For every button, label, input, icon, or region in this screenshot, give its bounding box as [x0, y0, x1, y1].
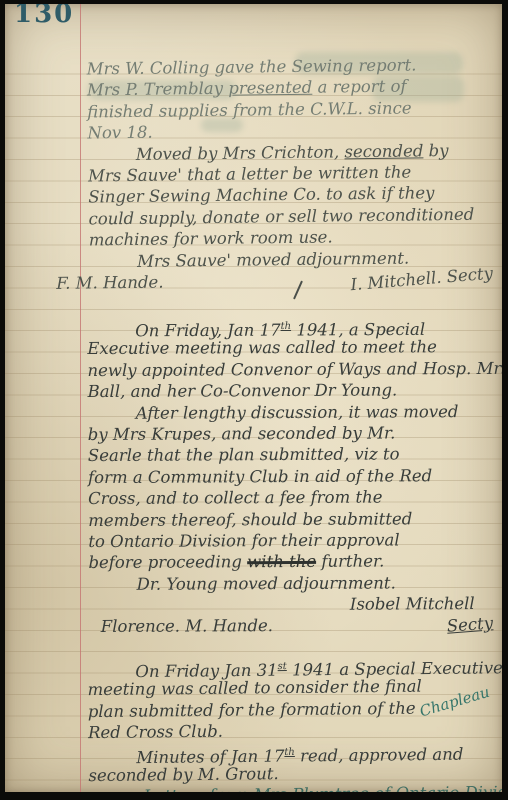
text-segment: Executive meeting was called to meet the: [87, 338, 437, 359]
signature-right: Secty: [446, 613, 494, 638]
paragraph-jan-31-meeting: On Friday Jan 31st 1941 a Special Execut…: [87, 654, 493, 792]
handwritten-text: Mrs W. Colling gave the Sewing report.Mr…: [88, 4, 492, 792]
text-segment: Dr. Young moved adjournment.: [137, 573, 396, 593]
text-segment: Ball, and her Co-Convenor Dr Young.: [88, 381, 398, 402]
text-segment: After lengthy discussion, it was moved: [136, 402, 459, 423]
text-segment: members thereof, should be submitted: [88, 509, 412, 530]
signature-row: Florence. M. Hande.Secty: [89, 614, 493, 638]
manuscript-line: before proceeding with the further.: [88, 550, 492, 574]
text-segment: Searle that the plan submitted, viz to: [88, 445, 400, 466]
manuscript-line: On Friday Jan 31st 1941 a Special Execut…: [87, 654, 491, 680]
text-segment: Mrs Sauve' moved adjournment.: [137, 248, 409, 270]
text-segment: th: [284, 747, 295, 758]
text-segment: th: [281, 321, 292, 332]
text-segment: by: [423, 141, 448, 160]
manuscript-line: After lengthy discussion, it was moved: [88, 401, 492, 425]
text-segment: could supply, donate or sell two recondi…: [88, 204, 474, 228]
manuscript-line: Executive meeting was called to meet the: [87, 336, 491, 360]
text-segment: Cross, and to collect a fee from the: [88, 488, 382, 509]
paragraph-jan-17-meeting: On Friday, Jan 17th 1941, a SpecialExecu…: [87, 315, 493, 638]
signature-left: Florence. M. Hande.: [101, 616, 273, 638]
signature-row: F. M. Hande.I. Mitchell. Secty: [56, 267, 493, 294]
text-segment: Mrs Sauve' that a letter be written the: [88, 162, 411, 185]
manuscript-line: Ball, and her Co-Convenor Dr Young.: [87, 379, 491, 403]
manuscript-line: plan submitted for the formation of the …: [88, 697, 492, 723]
text-segment: a report of: [312, 77, 407, 97]
manuscript-line: by Mrs Krupes, and seconded by Mr.: [88, 422, 492, 446]
manuscript-line: to Ontario Division for their approval: [88, 529, 492, 553]
text-segment: newly appointed Convenor of Ways and Hos…: [87, 359, 502, 380]
text-segment: to Ontario Division for their approval: [88, 530, 399, 551]
manuscript-line: newly appointed Convenor of Ways and Hos…: [87, 358, 491, 382]
text-segment: Mrs W. Colling gave the Sewing report.: [87, 55, 417, 78]
text-segment: before proceeding: [88, 553, 247, 573]
signature-left: F. M. Hande.: [56, 271, 163, 294]
text-segment: plan submitted for the formation of the: [88, 698, 421, 720]
manuscript-line: form a Community Club in aid of the Red: [88, 465, 492, 489]
text-segment: Moved by Mrs Crichton,: [136, 142, 345, 164]
manuscript-line: Dr. Young moved adjournment.: [89, 572, 493, 596]
ledger-page: 130 Mrs W. Colling gave the Sewing repor…: [5, 4, 502, 792]
text-segment: form a Community Club in aid of the Red: [88, 466, 432, 487]
text-segment: seconded by M. Grout.: [88, 764, 278, 785]
text-segment: Mrs P. Tremblay: [87, 79, 229, 100]
text-segment: Isobel Mitchell: [350, 594, 475, 614]
red-margin-line: [80, 4, 81, 792]
text-segment: Florence. M. Hande.: [101, 617, 273, 637]
text-segment: machines for work room use.: [89, 228, 333, 250]
page-number: 130: [14, 4, 74, 29]
text-segment: Singer Sewing Machine Co. to ask if they: [88, 184, 434, 207]
manuscript-line: Cross, and to collect a fee from the: [88, 486, 492, 510]
text-segment: presented: [228, 78, 312, 98]
paragraph-sewing-report: Mrs W. Colling gave the Sewing report.Mr…: [87, 54, 494, 294]
manuscript-line: members thereof, should be submitted: [88, 507, 492, 531]
text-segment: F. M. Hande.: [56, 272, 163, 292]
text-segment: Secty: [446, 614, 494, 636]
text-segment: by Mrs Krupes, and seconded by Mr.: [88, 423, 396, 444]
text-segment: further.: [316, 552, 384, 571]
text-segment: read, approved and: [295, 744, 464, 765]
text-segment: finished supplies from the C.W.L. since: [87, 98, 412, 121]
text-segment: with the: [247, 552, 316, 571]
text-segment: meeting was called to consider the final: [87, 677, 421, 699]
manuscript-line: On Friday, Jan 17th 1941, a Special: [87, 315, 491, 339]
text-segment: seconded: [344, 141, 423, 161]
text-segment: Nov 18.: [87, 123, 152, 143]
text-segment: Red Cross Club.: [88, 722, 223, 742]
manuscript-line: Searle that the plan submitted, viz to: [88, 443, 492, 467]
manuscript-line: Minutes of Jan 17th read, approved and: [88, 739, 492, 765]
scanned-photo: 130 Mrs W. Colling gave the Sewing repor…: [0, 0, 508, 800]
manuscript-line: Isobel Mitchell: [89, 593, 493, 617]
